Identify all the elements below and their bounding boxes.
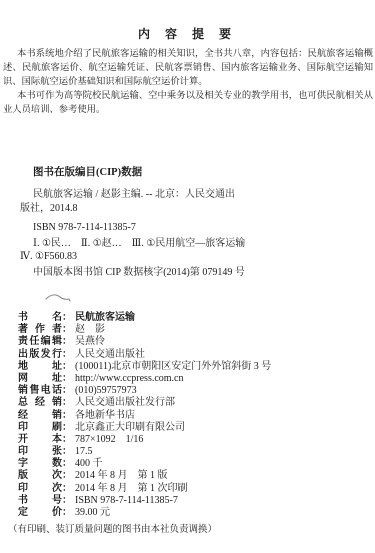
- detail-separator: ：: [62, 507, 72, 518]
- quality-exchange-note: （有印刷、装订质量问题的图书由本社负责调换）: [8, 521, 217, 535]
- publication-details: 书名：民航旅客运输著 作 者：赵 影责任编辑：吴燕伶出版发行：人民交通出版社地址…: [18, 312, 271, 519]
- detail-label: 字数: [18, 458, 62, 470]
- detail-row: 版次：2014 年 8 月 第 1 版: [18, 470, 271, 482]
- detail-row: 书名：民航旅客运输: [18, 312, 271, 324]
- cip-block: 民航旅客运输 / 赵影主编. -- 北京：人民交通出 版社，2014.8 ISB…: [20, 188, 320, 279]
- detail-label: 印次: [18, 483, 62, 495]
- detail-value: 2014 年 8 月 第 1 次印刷: [75, 483, 188, 494]
- detail-row: 责任编辑：吴燕伶: [18, 336, 271, 348]
- detail-label: 责任编辑: [18, 336, 62, 348]
- detail-separator: ：: [62, 495, 72, 506]
- detail-value: (100011)北京市朝阳区安定门外外馆斜街 3 号: [75, 361, 271, 372]
- detail-label: 印刷: [18, 422, 62, 434]
- detail-row: 书号：ISBN 978-7-114-11385-7: [18, 495, 271, 507]
- detail-separator: ：: [62, 434, 72, 445]
- detail-value: 吴燕伶: [75, 336, 105, 347]
- cip-title-line-2: 版社，2014.8: [20, 202, 320, 216]
- detail-separator: ：: [62, 397, 72, 408]
- detail-row: 地址：(100011)北京市朝阳区安定门外外馆斜街 3 号: [18, 361, 271, 373]
- detail-value: 赵 影: [75, 324, 105, 335]
- detail-label: 开本: [18, 434, 62, 446]
- cip-title-line-1: 民航旅客运输 / 赵影主编. -- 北京：人民交通出: [20, 188, 320, 202]
- detail-separator: ：: [62, 422, 72, 433]
- detail-value: (010)59757973: [75, 385, 137, 396]
- detail-row: 经销：各地新华书店: [18, 410, 271, 422]
- detail-row: 印张：17.5: [18, 446, 271, 458]
- detail-separator: ：: [62, 470, 72, 481]
- detail-value: 各地新华书店: [75, 410, 135, 421]
- detail-label: 地址: [18, 361, 62, 373]
- detail-value: 人民交通出版社发行部: [75, 397, 175, 408]
- detail-separator: ：: [62, 385, 72, 396]
- detail-label: 印张: [18, 446, 62, 458]
- detail-label: 书号: [18, 495, 62, 507]
- detail-value: 17.5: [75, 446, 93, 457]
- detail-value: 400 千: [75, 458, 103, 469]
- detail-separator: ：: [62, 373, 72, 384]
- detail-label: 经销: [18, 410, 62, 422]
- detail-value: 北京鑫正大印刷有限公司: [75, 422, 185, 433]
- detail-label: 著 作 者: [18, 324, 62, 336]
- cip-classification-line-2: Ⅳ. ①F560.83: [20, 250, 320, 264]
- detail-row: 销售电话：(010)59757973: [18, 385, 271, 397]
- summary-paragraph-1: 本书系统地介绍了民航旅客运输的相关知识，全书共八章，内容包括：民航旅客运输概述、…: [3, 47, 373, 89]
- detail-label: 总 经 销: [18, 397, 62, 409]
- detail-label: 定价: [18, 507, 62, 519]
- detail-separator: ：: [62, 349, 72, 360]
- book-copyright-page: 内 容 提 要 本书系统地介绍了民航旅客运输的相关知识，全书共八章，内容包括：民…: [0, 0, 375, 553]
- detail-label: 出版发行: [18, 349, 62, 361]
- detail-separator: ：: [62, 458, 72, 469]
- detail-separator: ：: [62, 312, 72, 323]
- detail-row: 印刷：北京鑫正大印刷有限公司: [18, 422, 271, 434]
- detail-value: 民航旅客运输: [75, 312, 135, 323]
- detail-value: 787×1092 1/16: [75, 434, 143, 445]
- cip-record-number: 中国版本图书馆 CIP 数据核字(2014)第 079149 号: [20, 266, 320, 280]
- detail-value: 39.00 元: [75, 507, 110, 518]
- detail-row: 网址：http://www.ccpress.com.cn: [18, 373, 271, 385]
- detail-row: 字数：400 千: [18, 458, 271, 470]
- content-summary-title: 内 容 提 要: [0, 25, 375, 42]
- content-summary: 本书系统地介绍了民航旅客运输的相关知识，全书共八章，内容包括：民航旅客运输概述、…: [3, 47, 373, 117]
- summary-paragraph-2: 本书可作为高等院校民航运输、空中乘务以及相关专业的教学用书，也可供民航相关从业人…: [3, 89, 373, 117]
- detail-row: 出版发行：人民交通出版社: [18, 349, 271, 361]
- detail-value: 2014 年 8 月 第 1 版: [75, 470, 168, 481]
- detail-label: 版次: [18, 470, 62, 482]
- detail-separator: ：: [62, 483, 72, 494]
- cip-classification-line-1: Ⅰ. ①民… Ⅱ. ①赵… Ⅲ. ①民用航空—旅客运输: [20, 237, 320, 251]
- detail-row: 总 经 销：人民交通出版社发行部: [18, 397, 271, 409]
- detail-row: 著 作 者：赵 影: [18, 324, 271, 336]
- detail-row: 定价：39.00 元: [18, 507, 271, 519]
- handwritten-tick-mark: [44, 292, 74, 304]
- detail-value: ISBN 978-7-114-11385-7: [75, 495, 178, 506]
- detail-value: 人民交通出版社: [75, 349, 145, 360]
- detail-label: 网址: [18, 373, 62, 385]
- cip-isbn: ISBN 978-7-114-11385-7: [20, 221, 320, 235]
- detail-separator: ：: [62, 336, 72, 347]
- detail-label: 书名: [18, 312, 62, 324]
- detail-separator: ：: [62, 410, 72, 421]
- cip-heading: 图书在版编目(CIP)数据: [33, 164, 142, 179]
- detail-row: 开本：787×1092 1/16: [18, 434, 271, 446]
- detail-separator: ：: [62, 361, 72, 372]
- detail-value: http://www.ccpress.com.cn: [75, 373, 184, 384]
- detail-separator: ：: [62, 324, 72, 335]
- detail-row: 印次：2014 年 8 月 第 1 次印刷: [18, 483, 271, 495]
- detail-label: 销售电话: [18, 385, 62, 397]
- detail-separator: ：: [62, 446, 72, 457]
